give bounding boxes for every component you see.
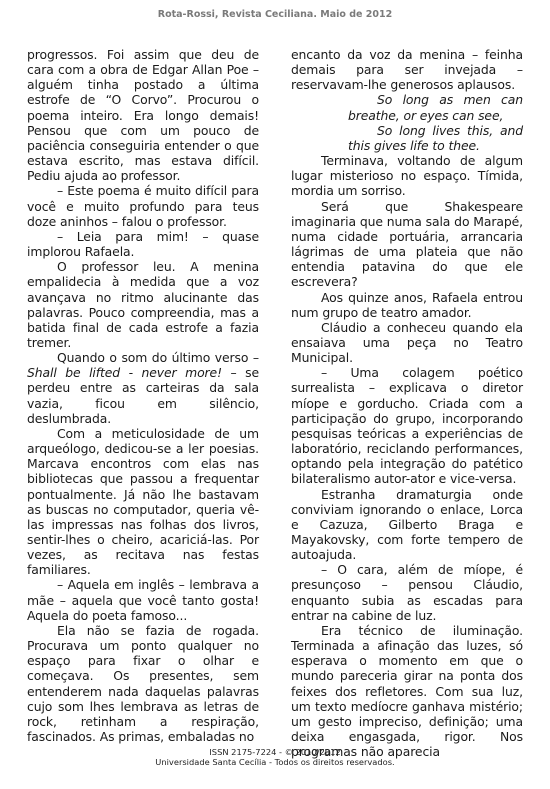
rights-line: Universidade Santa Cecília - Todos os di… <box>0 757 550 767</box>
paragraph: progressos. Foi assim que deu de cara co… <box>27 47 259 183</box>
left-column: progressos. Foi assim que deu de cara co… <box>27 47 259 744</box>
verse-line: breathe, or eyes can see, <box>291 108 523 123</box>
paragraph: – Este poema é muito difícil para você e… <box>27 183 259 228</box>
paragraph: – Aquela em inglês – lembrava a mãe – aq… <box>27 577 259 622</box>
poe-quote: Shall be lifted - never more! <box>27 365 222 380</box>
paragraph: encanto da voz da menina – feinha demais… <box>291 47 523 92</box>
paragraph-with-quote: Quando o som do último verso – Shall be … <box>27 350 259 426</box>
paragraph: Era técnico de iluminação. Terminada a a… <box>291 623 523 759</box>
verse-line: this gives life to thee. <box>291 138 523 153</box>
paragraph: Ela não se fazia de rogada. Procurava um… <box>27 623 259 744</box>
paragraph: Aos quinze anos, Rafaela entrou num grup… <box>291 290 523 320</box>
paragraph: Estranha dramaturgia onde conviviam igno… <box>291 487 523 563</box>
issn-line: ISSN 2175-7224 - © 2010/2012 <box>0 747 550 757</box>
text-run: Quando o som do último verso – <box>57 350 259 365</box>
verse-line: So long lives this, and <box>291 123 523 138</box>
paragraph: Cláudio a conheceu quando ela ensaiava u… <box>291 320 523 365</box>
paragraph: O professor leu. A menina empalidecia à … <box>27 259 259 350</box>
paragraph: – Leia para mim! – quase implorou Rafael… <box>27 229 259 259</box>
verse-line: So long as men can <box>291 92 523 107</box>
paragraph: Será que Shakespeare imaginaria que numa… <box>291 199 523 290</box>
page-footer: ISSN 2175-7224 - © 2010/2012 Universidad… <box>0 747 550 767</box>
running-header: Rota-Rossi, Revista Ceciliana. Maio de 2… <box>0 9 550 20</box>
shakespeare-verse: So long as men can breathe, or eyes can … <box>291 92 523 153</box>
paragraph: – Uma colagem poético surrealista – expl… <box>291 365 523 486</box>
right-column: encanto da voz da menina – feinha demais… <box>291 47 523 759</box>
paragraph: Terminava, voltando de algum lugar miste… <box>291 153 523 198</box>
paragraph: – O cara, além de míope, é presunçoso – … <box>291 562 523 623</box>
paragraph: Com a meticulosidade de um arqueólogo, d… <box>27 426 259 578</box>
